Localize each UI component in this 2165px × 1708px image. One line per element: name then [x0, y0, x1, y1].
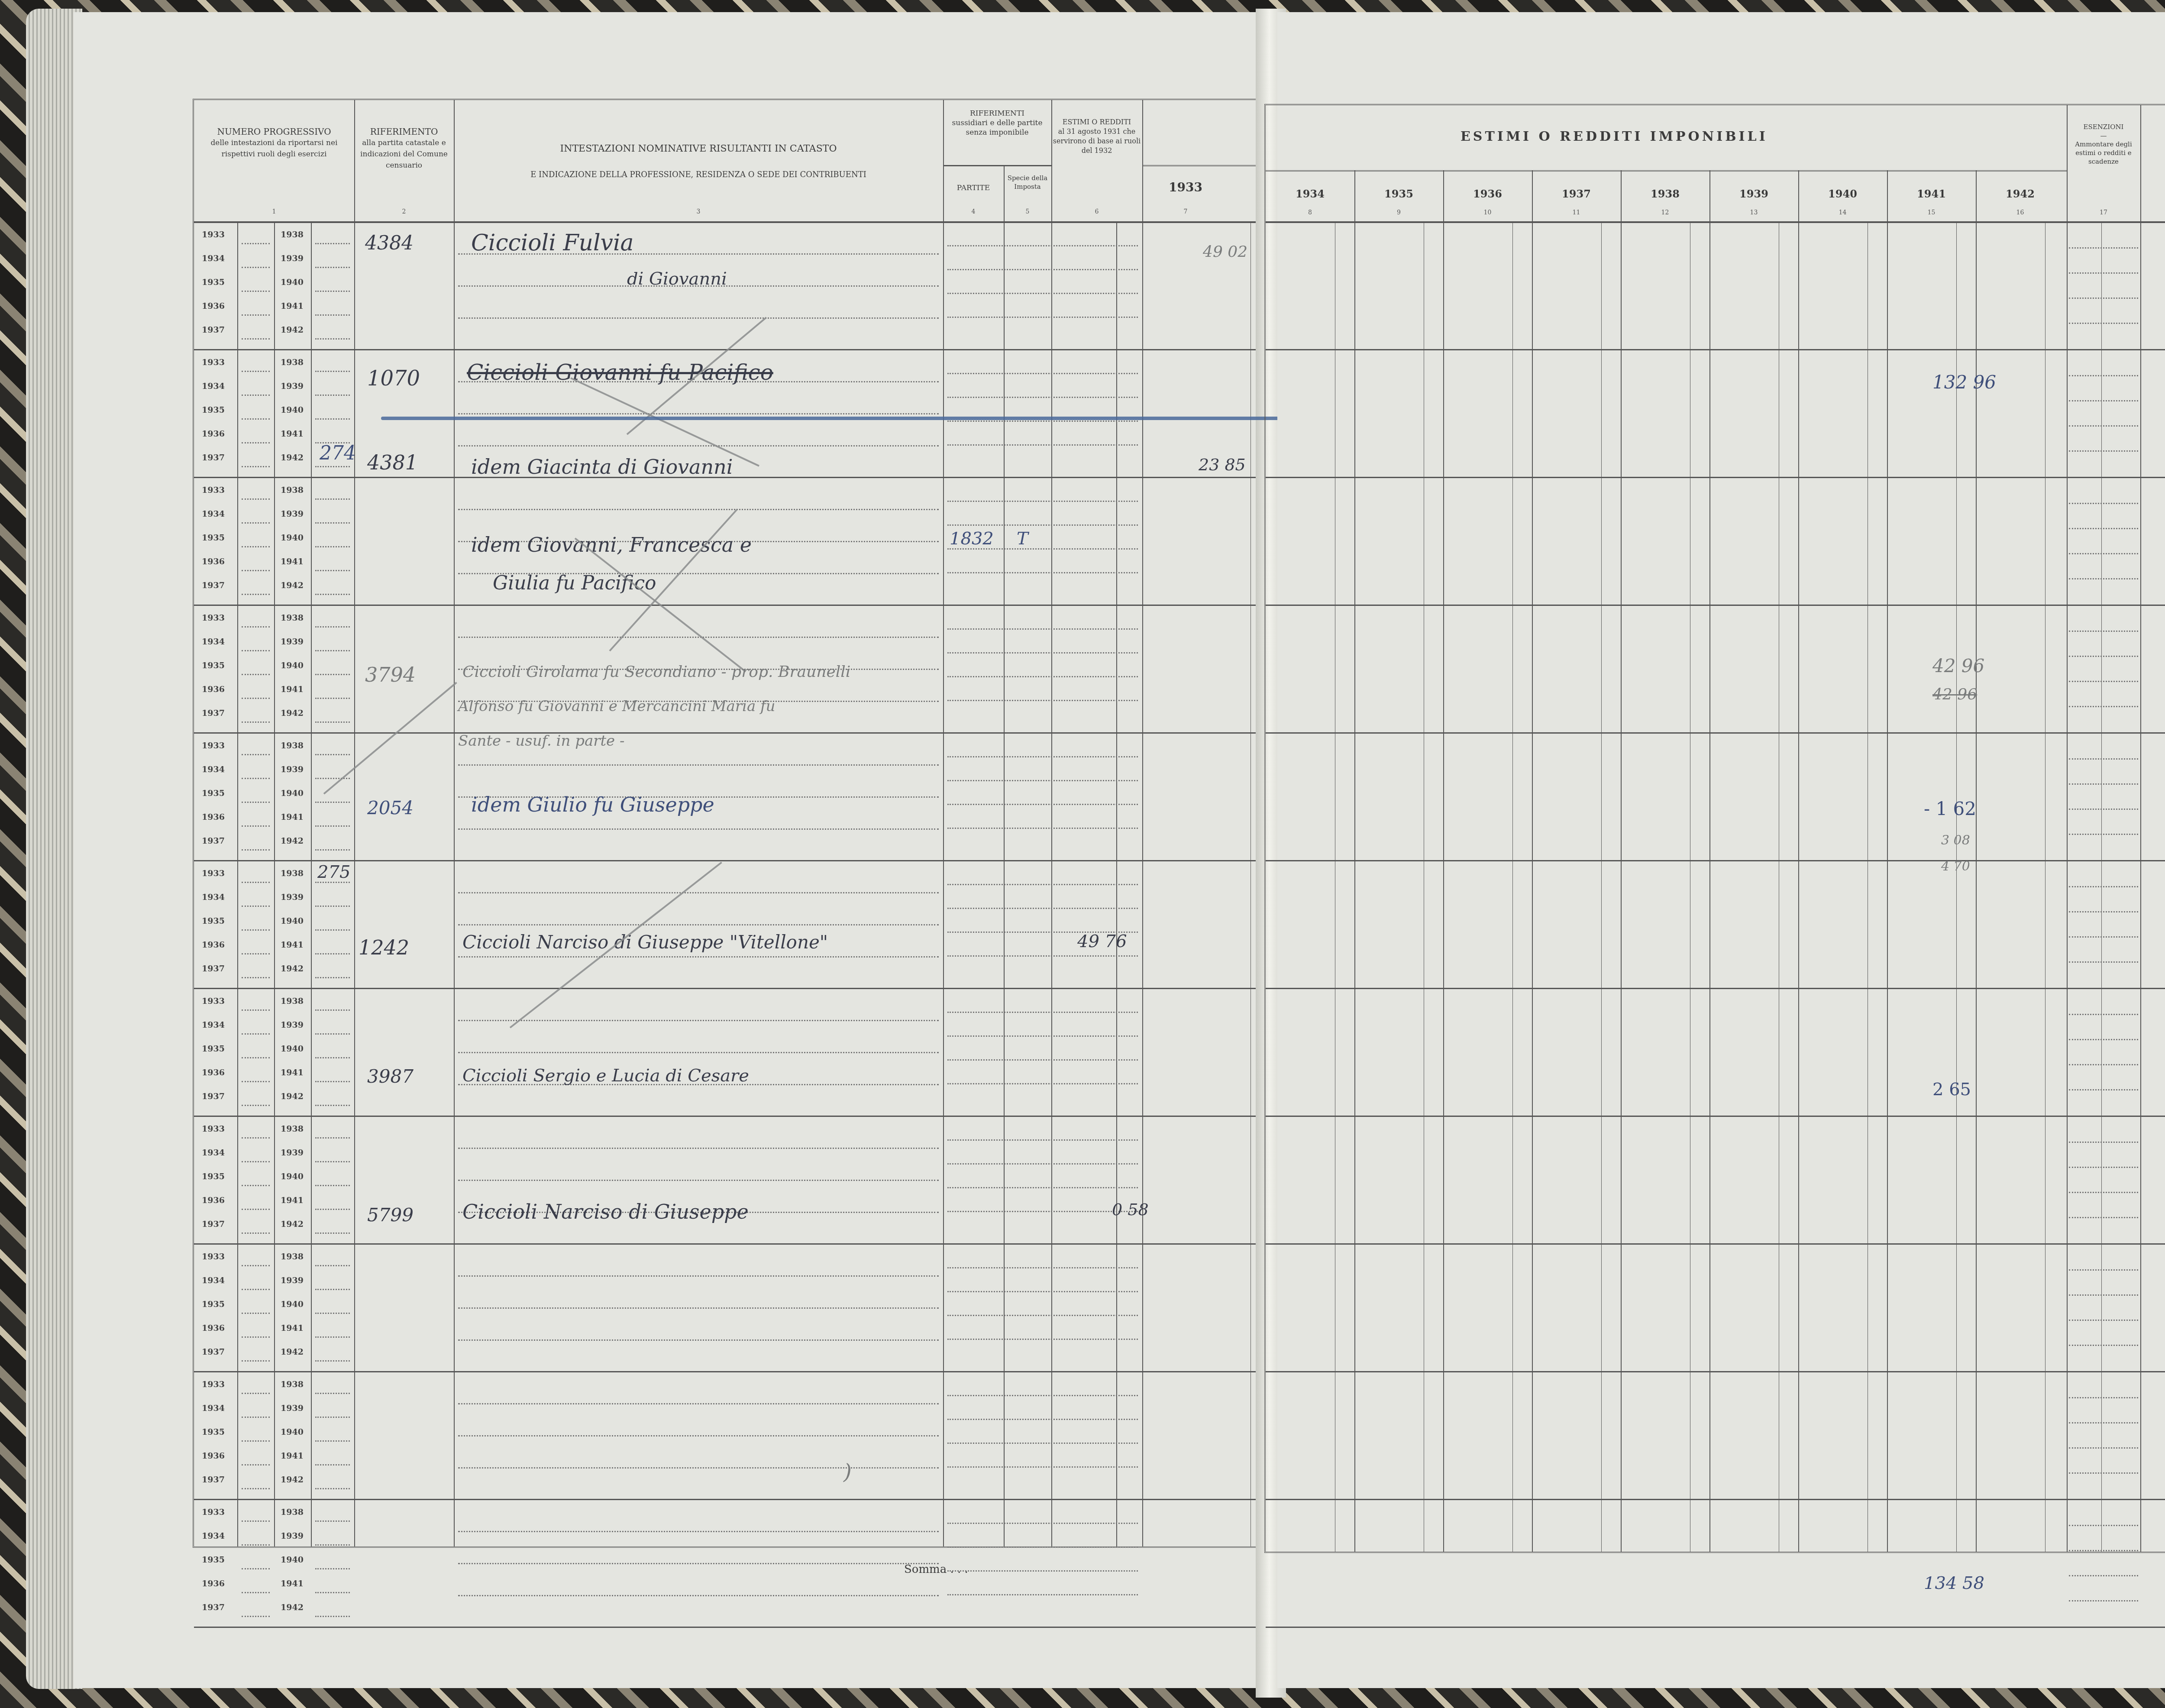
year-label-right: 1939 [281, 637, 304, 647]
dotted-line [2069, 656, 2138, 657]
year-label-right: 1939 [281, 1276, 304, 1285]
year-label-right: 1942 [281, 325, 304, 335]
entry-3-progressive-number: 274 [320, 442, 356, 464]
dotted-line [947, 780, 1138, 781]
sum-label: Somma . . . [904, 1564, 1034, 1575]
year-label-right: 1939 [281, 1148, 304, 1158]
header-specie: Specie della Imposta [1004, 174, 1051, 191]
dotted-line [315, 1592, 350, 1593]
dotted-line [2069, 1089, 2138, 1090]
dotted-line [458, 317, 939, 319]
dotted-line [242, 802, 270, 803]
dotted-line [315, 314, 350, 316]
dotted-line [315, 778, 350, 779]
year-label-left: 1934 [202, 1404, 225, 1413]
year-label-left: 1936 [202, 1451, 225, 1461]
dotted-line [947, 1083, 1138, 1084]
year-label-right: 1942 [281, 1603, 304, 1612]
dotted-line [242, 1209, 270, 1210]
year-label-left: 1937 [202, 453, 225, 463]
dotted-line [242, 1360, 270, 1362]
header-estimi-1931-sub: al 31 agosto 1931 che servirono di base … [1051, 127, 1142, 155]
year-label-left: 1935 [202, 1555, 225, 1565]
dotted-line [2069, 272, 2138, 274]
grid-line [1779, 221, 1779, 1552]
dotted-line [947, 1523, 1138, 1524]
dotted-line [2069, 1525, 2138, 1526]
dotted-line [242, 1057, 270, 1058]
dotted-line [947, 501, 1138, 502]
dotted-line [242, 546, 270, 547]
year-label-left: 1936 [202, 1068, 225, 1077]
dotted-line [947, 676, 1138, 677]
dotted-line [2069, 1447, 2138, 1449]
year-label-right: 1940 [281, 1300, 304, 1309]
dotted-line [2069, 375, 2138, 376]
row-block-divider [1266, 1243, 2165, 1245]
entry-6-progressive-number: 275 [317, 862, 350, 882]
entry-7-partita: 1242 [359, 936, 409, 959]
dotted-line [242, 882, 270, 883]
dotted-line [242, 1161, 270, 1162]
entry-7-estimo-1931: 49 76 [1077, 932, 1127, 951]
dotted-line [947, 269, 1138, 270]
year-label-right: 1940 [281, 789, 304, 798]
dotted-line [2069, 834, 2138, 835]
dotted-line [242, 1592, 270, 1593]
grid-line [1956, 221, 1957, 1552]
row-block-divider [1266, 1499, 2165, 1500]
entry-8-partita: 3987 [367, 1066, 414, 1087]
dotted-line [947, 908, 1138, 909]
col5-number: 5 [1004, 208, 1051, 215]
dotted-line [947, 1035, 1138, 1037]
dotted-line [315, 754, 350, 755]
dotted-line [242, 1464, 270, 1465]
dotted-line [242, 929, 270, 931]
dotted-line [2069, 681, 2138, 682]
grid-line [1424, 221, 1424, 1552]
col-number: 13 [1709, 209, 1798, 216]
year-label-right: 1941 [281, 301, 304, 311]
dotted-line [947, 1267, 1138, 1268]
dotted-line [315, 1568, 350, 1569]
entry-5-value-1941: 42 96 [1932, 655, 1984, 676]
dotted-line [315, 1417, 350, 1418]
row-block-divider [1266, 1371, 2165, 1372]
dotted-line [315, 721, 350, 723]
grid-line [943, 100, 944, 1546]
dotted-line [315, 594, 350, 595]
dotted-line [458, 1531, 939, 1532]
year-label-right: 1938 [281, 1124, 304, 1134]
subheader-divider [943, 165, 1051, 166]
entry-9-partita: 5799 [367, 1204, 414, 1226]
row-block-divider [1266, 1627, 2165, 1628]
row-block-divider [1266, 1116, 2165, 1117]
header-annotazioni: ANNOTAZIONI [2140, 149, 2165, 160]
year-label-left: 1933 [202, 230, 225, 239]
year-label-left: 1937 [202, 964, 225, 974]
year-label-left: 1936 [202, 557, 225, 566]
year-label-right: 1939 [281, 1020, 304, 1030]
dotted-line [947, 524, 1138, 526]
dotted-line [458, 1403, 939, 1404]
dotted-line [947, 1291, 1138, 1292]
year-label-left: 1934 [202, 765, 225, 774]
dotted-line [242, 698, 270, 699]
dotted-line [2069, 631, 2138, 632]
year-label-left: 1934 [202, 1531, 225, 1541]
header-col2: RIFERIMENTO alla partita catastale e ind… [354, 126, 454, 171]
row-block-divider [194, 1116, 1268, 1117]
header-divider [1266, 221, 2165, 223]
grid-line [454, 100, 455, 1546]
year-label-right: 1938 [281, 1507, 304, 1517]
dotted-line [315, 1209, 350, 1210]
dotted-line [2069, 1422, 2138, 1423]
header-col1-title: NUMERO PROGRESSIVO [194, 126, 354, 137]
grid-line [2140, 105, 2141, 1552]
right-page: Mod. 111 - Imposte Dirette (Intercalare)… [1277, 12, 2165, 1688]
estimi-title: ESTIMI O REDDITI IMPONIBILI [1461, 129, 1768, 144]
year-label-right: 1941 [281, 940, 304, 950]
dotted-line [242, 778, 270, 779]
dotted-line [2069, 400, 2138, 401]
dotted-line [242, 1185, 270, 1186]
year-label-left: 1936 [202, 1196, 225, 1205]
dotted-line [315, 570, 350, 571]
header-year-1938: 1938 [1621, 188, 1709, 200]
dotted-line [315, 1057, 350, 1058]
dotted-line [242, 267, 270, 268]
dotted-line [947, 421, 1138, 422]
dotted-line [315, 977, 350, 978]
dotted-line [315, 802, 350, 803]
year-label-right: 1938 [281, 230, 304, 239]
dotted-line [947, 1315, 1138, 1316]
year-label-left: 1935 [202, 1300, 225, 1309]
header-year-1941: 1941 [1887, 188, 1976, 200]
entry-1-name: Ciccioli Fulvia [471, 230, 634, 256]
year-label-left: 1937 [202, 708, 225, 718]
row-block-divider [194, 1243, 1268, 1245]
entry-6-value-1941-c: 4 70 [1941, 859, 1970, 874]
year-label-left: 1935 [202, 916, 225, 926]
dotted-line [315, 849, 350, 851]
entry-1-name-line2: di Giovanni [627, 269, 727, 289]
dotted-line [2069, 1472, 2138, 1474]
dotted-line [242, 1544, 270, 1546]
dotted-line [242, 626, 270, 628]
dotted-line [315, 522, 350, 524]
dotted-line [242, 953, 270, 954]
year-label-left: 1937 [202, 1092, 225, 1101]
dotted-line [242, 1232, 270, 1234]
year-label-right: 1941 [281, 685, 304, 694]
dotted-line [242, 442, 270, 443]
dotted-line [947, 1059, 1138, 1061]
grid-line [1251, 221, 1251, 1546]
dotted-line [947, 652, 1138, 653]
entry-4-name: idem Giovanni, Francesca e [471, 533, 752, 556]
dotted-line [315, 466, 350, 467]
dotted-line [242, 849, 270, 851]
year-label-right: 1938 [281, 1252, 304, 1262]
col1-number: 1 [194, 208, 354, 215]
header-esenzioni-title: ESENZIONI [2067, 123, 2140, 131]
dotted-line [2069, 1397, 2138, 1398]
dotted-line [947, 804, 1138, 805]
dotted-line [458, 413, 939, 414]
year-label-right: 1941 [281, 1323, 304, 1333]
grid-line [2067, 105, 2068, 1552]
year-label-right: 1939 [281, 893, 304, 902]
grid-line [1142, 100, 1143, 1546]
header-col1: NUMERO PROGRESSIVO delle intestazioni da… [194, 126, 354, 160]
entry-5-partita: 3794 [365, 663, 416, 686]
year-label-left: 1933 [202, 1252, 225, 1262]
year-label-left: 1935 [202, 405, 225, 415]
year-label-left: 1937 [202, 325, 225, 335]
dotted-line [2069, 936, 2138, 938]
entry-2-name: Ciccioli Giovanni fu Pacifico [467, 360, 773, 385]
dotted-line [2069, 503, 2138, 504]
header-year-1940: 1940 [1798, 188, 1887, 200]
dotted-line [242, 754, 270, 755]
form-model-label: Mod. 111 - Imposte Dirette (Intercalare)… [2091, 64, 2165, 75]
header-year-1934: 1934 [1266, 188, 1354, 200]
dotted-line [2069, 886, 2138, 887]
entry-8-value-1941: 2 65 [1932, 1080, 1971, 1100]
entry-5-name: Ciccioli Girolama fu Secondiano - prop. … [462, 663, 850, 681]
dotted-line [2069, 528, 2138, 529]
year-label-left: 1936 [202, 1323, 225, 1333]
entry-9-estimo-1931: 0 58 [1112, 1200, 1149, 1219]
row-block-divider [194, 1499, 1268, 1500]
dotted-line [242, 721, 270, 723]
entry-9-name: Ciccioli Narciso di Giuseppe [462, 1200, 749, 1223]
dotted-line [458, 1148, 939, 1149]
col-number: 9 [1354, 209, 1443, 216]
dotted-line [242, 650, 270, 651]
dotted-line [242, 498, 270, 500]
dotted-line [947, 1139, 1138, 1141]
entry-1-estimo-1933: 49 02 [1203, 243, 1247, 261]
dotted-line [242, 314, 270, 316]
header-esenzioni-sub: Ammontare degli estimi o redditi e scade… [2067, 140, 2140, 166]
year-label-left: 1935 [202, 1044, 225, 1054]
left-page: NUMERO PROGRESSIVO delle intestazioni da… [74, 12, 1264, 1688]
dotted-line [2069, 553, 2138, 554]
dotted-line [2069, 1064, 2138, 1065]
header-year-1942: 1942 [1976, 188, 2065, 200]
year-label-left: 1935 [202, 789, 225, 798]
year-label-right: 1939 [281, 254, 304, 263]
dotted-line [242, 1289, 270, 1290]
header-year-1933: 1933 [1142, 180, 1229, 194]
dotted-line [242, 1265, 270, 1266]
dotted-line [2069, 1600, 2138, 1601]
row-block-divider [194, 349, 1268, 350]
dotted-line [315, 371, 350, 372]
dotted-line [458, 1180, 939, 1181]
dotted-line [947, 245, 1138, 246]
dotted-line [315, 1033, 350, 1035]
year-label-left: 1934 [202, 254, 225, 263]
dotted-line [947, 1395, 1138, 1396]
year-label-left: 1935 [202, 278, 225, 287]
grid-line [237, 221, 238, 1546]
dotted-line [2069, 809, 2138, 810]
dotted-line [315, 626, 350, 628]
dotted-line [2069, 247, 2138, 249]
year-label-left: 1936 [202, 812, 225, 822]
header-year-1939: 1939 [1709, 188, 1798, 200]
dotted-line [947, 700, 1138, 701]
dotted-line [242, 825, 270, 827]
dotted-line [315, 498, 350, 500]
year-label-right: 1939 [281, 765, 304, 774]
grid-line [1601, 221, 1602, 1552]
header-col3: INTESTAZIONI NOMINATIVE RISULTANTI IN CA… [454, 143, 943, 181]
year-label-right: 1941 [281, 557, 304, 566]
dotted-line [947, 1163, 1138, 1165]
year-label-right: 1939 [281, 382, 304, 391]
dotted-line [458, 1435, 939, 1436]
dotted-line [242, 395, 270, 396]
dotted-line [947, 628, 1138, 630]
year-label-right: 1940 [281, 278, 304, 287]
row-block-divider [194, 1627, 1268, 1628]
year-label-left: 1934 [202, 382, 225, 391]
strikethrough-mark [570, 377, 759, 466]
year-label-right: 1942 [281, 581, 304, 590]
dotted-line [947, 317, 1138, 318]
dotted-line [458, 956, 939, 958]
dotted-line [315, 291, 350, 292]
dotted-line [315, 1081, 350, 1082]
year-label-right: 1940 [281, 1427, 304, 1437]
dotted-line [242, 291, 270, 292]
dotted-line [458, 764, 939, 766]
dotted-line [315, 1464, 350, 1465]
dotted-line [458, 1339, 939, 1341]
dotted-line [2069, 425, 2138, 427]
dotted-line [2069, 1167, 2138, 1168]
header-riferimenti-title: RIFERIMENTI [943, 109, 1051, 118]
sum-value-1941: 134 58 [1924, 1573, 1984, 1593]
dotted-line [315, 243, 350, 244]
dotted-line [947, 397, 1138, 398]
dotted-line [242, 1081, 270, 1082]
dotted-line [315, 1544, 350, 1546]
col17-number: 17 [2067, 209, 2140, 216]
dotted-line [242, 1616, 270, 1617]
row-block-divider [194, 605, 1268, 606]
year-label-left: 1936 [202, 940, 225, 950]
year-label-left: 1936 [202, 301, 225, 311]
dotted-line [315, 1336, 350, 1338]
dotted-line [458, 892, 939, 893]
dotted-line [242, 522, 270, 524]
dotted-line [947, 1466, 1138, 1468]
year-label-right: 1941 [281, 1068, 304, 1077]
col6-number: 6 [1051, 208, 1142, 215]
dotted-line [315, 1289, 350, 1290]
row-block-divider [1266, 732, 2165, 734]
dotted-line [947, 1419, 1138, 1420]
year-label-right: 1942 [281, 836, 304, 846]
entry-3-estimo-1933: 23 85 [1199, 455, 1246, 474]
year-label-right: 1941 [281, 1196, 304, 1205]
dotted-line [242, 371, 270, 372]
dotted-line [315, 1161, 350, 1162]
dotted-line [242, 1568, 270, 1569]
year-label-left: 1934 [202, 1020, 225, 1030]
year-label-right: 1938 [281, 869, 304, 878]
header-esenzioni-dash: — [2067, 131, 2140, 140]
dotted-line [315, 1520, 350, 1522]
year-label-left: 1937 [202, 836, 225, 846]
dotted-line [2069, 1142, 2138, 1143]
dotted-line [458, 637, 939, 638]
dotted-line [458, 1307, 939, 1309]
dotted-line [458, 1020, 939, 1021]
year-label-right: 1940 [281, 1555, 304, 1565]
col4-number: 4 [943, 208, 1004, 215]
dotted-line [947, 756, 1138, 757]
year-label-left: 1937 [202, 1220, 225, 1229]
dotted-line [2069, 783, 2138, 785]
dotted-line [2069, 1039, 2138, 1040]
dotted-line [458, 445, 939, 446]
dotted-line [2069, 1192, 2138, 1193]
grid-line [274, 221, 275, 1546]
dotted-line [2069, 1014, 2138, 1015]
year-label-left: 1934 [202, 509, 225, 519]
dotted-line [2069, 450, 2138, 452]
dotted-line [947, 1211, 1138, 1212]
year-label-left: 1937 [202, 1347, 225, 1357]
dotted-line [458, 509, 939, 510]
header-year-1935: 1935 [1354, 188, 1443, 200]
year-label-left: 1935 [202, 1172, 225, 1181]
year-label-right: 1942 [281, 453, 304, 463]
year-label-left: 1933 [202, 741, 225, 750]
header-riferimenti: RIFERIMENTI sussidiari e delle partite s… [943, 109, 1051, 137]
dotted-line [947, 293, 1138, 294]
year-label-left: 1933 [202, 869, 225, 878]
year-label-right: 1941 [281, 1451, 304, 1461]
col-number: 12 [1621, 209, 1709, 216]
year-label-left: 1933 [202, 485, 225, 495]
header-col1-sub: delle intestazioni da riportarsi nei ris… [194, 137, 354, 160]
year-label-right: 1939 [281, 1531, 304, 1541]
dotted-line [242, 1393, 270, 1394]
year-label-left: 1933 [202, 1124, 225, 1134]
dotted-line [315, 906, 350, 907]
col-number: 16 [1976, 209, 2065, 216]
year-label-right: 1938 [281, 358, 304, 367]
dotted-line [242, 1488, 270, 1489]
row-block-divider [1266, 605, 2165, 606]
dotted-line [315, 1265, 350, 1266]
row-block-divider [194, 988, 1268, 989]
dotted-line [315, 674, 350, 675]
year-label-left: 1935 [202, 533, 225, 543]
grid-line [2045, 221, 2045, 1552]
